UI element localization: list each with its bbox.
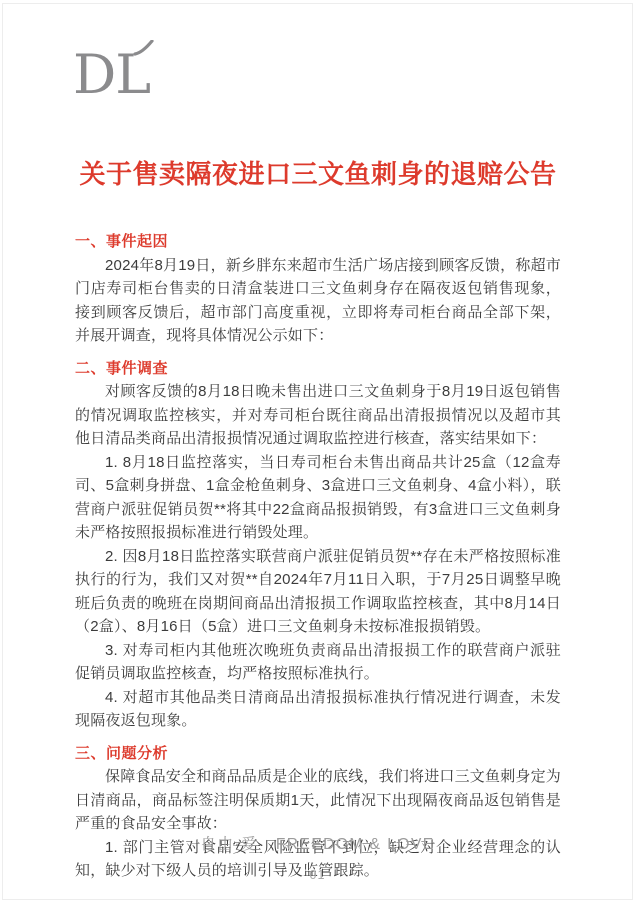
paragraph: 对顾客反馈的8月18日晚未售出进口三文鱼刺身于8月19日返包销售的情况调取监控核… [75, 380, 561, 451]
list-item: 4. 对超市其他品类日清商品出清报损标准执行情况进行调查，未发现隔夜返包现象。 [75, 686, 561, 733]
section-problem-analysis: 三、问题分析 保障食品安全和商品品质是企业的底线，我们将进口三文鱼刺身定为日清商… [75, 742, 561, 883]
footer-slogan-zh: 自由·爱 [200, 836, 258, 853]
logo-swoosh-icon [133, 40, 154, 57]
section-heading: 三、问题分析 [75, 742, 561, 766]
list-item: 1. 8月18日监控落实，当日寿司柜台未售出商品共计25盒（12盒寿司、5盒刺身… [75, 451, 561, 545]
footer-slogan: 自由·爱 FREEDOM & LOVE [3, 832, 632, 854]
section-heading: 一、事件起因 [75, 230, 561, 254]
list-item: 3. 对寿司柜内其他班次晚班负责商品出清报损工作的联营商户派驻促销员调取监控核查… [75, 639, 561, 686]
section-heading: 二、事件调查 [75, 357, 561, 381]
page-number: 01 [3, 868, 632, 882]
list-item: 2. 因8月18日监控落实联营商户派驻促销员贺**存在未严格按照标准执行的行为，… [75, 545, 561, 639]
section-incident-cause: 一、事件起因 2024年8月19日，新乡胖东来超市生活广场店接到顾客反馈，称超市… [75, 230, 561, 348]
announcement-title: 关于售卖隔夜进口三文鱼刺身的退赔公告 [75, 156, 561, 192]
document-page: DL 关于售卖隔夜进口三文鱼刺身的退赔公告 一、事件起因 2024年8月19日，… [2, 3, 633, 900]
section-incident-investigation: 二、事件调查 对顾客反馈的8月18日晚未售出进口三文鱼刺身于8月19日返包销售的… [75, 357, 561, 733]
company-logo: DL [73, 48, 150, 102]
paragraph: 2024年8月19日，新乡胖东来超市生活广场店接到顾客反馈，称超市门店寿司柜台售… [75, 254, 561, 348]
footer-slogan-en: FREEDOM & LOVE [276, 836, 435, 853]
paragraph: 保障食品安全和商品品质是企业的底线，我们将进口三文鱼刺身定为日清商品，商品标签注… [75, 765, 561, 836]
